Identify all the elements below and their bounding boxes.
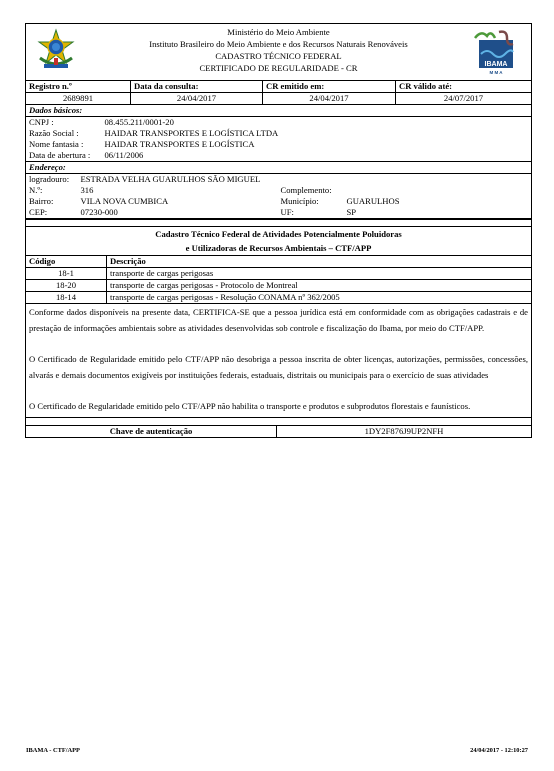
neighborhood-value: VILA NOVA CUMBICA <box>78 196 278 207</box>
registry-name: CADASTRO TÉCNICO FEDERAL <box>26 50 531 62</box>
table-row: 18-20 transporte de cargas perigosas - P… <box>26 280 532 292</box>
authentication-key-label: Chave de autenticação <box>26 425 277 437</box>
neighborhood-label: Bairro: <box>26 196 78 207</box>
activities-table: Cadastro Técnico Federal de Atividades P… <box>25 226 532 304</box>
activity-code: 18-14 <box>26 292 107 304</box>
activities-title-line1: Cadastro Técnico Federal de Atividades P… <box>26 227 532 242</box>
number-label: N.º: <box>26 185 78 196</box>
certificate-title: CERTIFICADO DE REGULARIDADE - CR <box>26 62 531 74</box>
ibama-logo-icon: IBAMA M M A <box>473 28 519 76</box>
field-row: Razão Social : HAIDAR TRANSPORTES E LOGÍ… <box>26 128 532 139</box>
svg-text:IBAMA: IBAMA <box>485 61 508 68</box>
municipality-label: Município: <box>278 196 344 207</box>
authentication-key-value: 1DY2F876J9UP2NFH <box>277 425 532 437</box>
valid-until-date: 24/07/2017 <box>396 93 532 105</box>
activity-description: transporte de cargas perigosas <box>107 268 532 280</box>
certification-paragraph: Conforme dados disponíveis na presente d… <box>25 304 532 336</box>
authentication-table: Chave de autenticação 1DY2F876J9UP2NFH <box>25 425 532 438</box>
issued-date: 24/04/2017 <box>263 93 396 105</box>
transport-disclaimer-paragraph: O Certificado de Regularidade emitido pe… <box>25 399 532 417</box>
footer-left: IBAMA - CTF/APP <box>26 747 80 754</box>
complement-value <box>344 185 532 196</box>
table-row: 18-1 transporte de cargas perigosas <box>26 268 532 280</box>
opening-date-value: 06/11/2006 <box>102 150 532 162</box>
description-column-header: Descrição <box>107 256 532 268</box>
activity-description: transporte de cargas perigosas - Resoluç… <box>107 292 532 304</box>
code-column-header: Código <box>26 256 107 268</box>
basic-data-title: Dados básicos: <box>26 105 532 117</box>
section-spacer <box>25 417 532 425</box>
ministry-name: Ministério do Meio Ambiente <box>26 26 531 38</box>
valid-until-label: CR válido até: <box>396 81 532 93</box>
query-date-label: Data da consulta: <box>131 81 263 93</box>
complement-label: Complemento: <box>278 185 344 196</box>
opening-date-label: Data de abertura : <box>26 150 102 162</box>
license-disclaimer-paragraph: O Certificado de Regularidade emitido pe… <box>25 352 532 383</box>
number-value: 316 <box>78 185 278 196</box>
trade-name-label: Nome fantasia : <box>26 139 102 150</box>
field-row: Data de abertura : 06/11/2006 <box>26 150 532 162</box>
basic-data-section: Dados básicos: CNPJ : 08.455.211/0001-20… <box>25 105 532 173</box>
certificate-header: Ministério do Meio Ambiente Instituto Br… <box>25 23 532 80</box>
summary-table: Registro n.º Data da consulta: CR emitid… <box>25 80 532 105</box>
institute-name: Instituto Brasileiro do Meio Ambiente e … <box>26 38 531 50</box>
certificate-page: Ministério do Meio Ambiente Instituto Br… <box>25 23 532 438</box>
cnpj-value: 08.455.211/0001-20 <box>102 117 532 129</box>
activity-code: 18-20 <box>26 280 107 292</box>
header-lines: Ministério do Meio Ambiente Instituto Br… <box>26 26 531 74</box>
section-spacer <box>25 219 532 226</box>
zip-label: CEP: <box>26 207 78 219</box>
trade-name-value: HAIDAR TRANSPORTES E LOGÍSTICA <box>102 139 532 150</box>
paragraph-gap <box>25 336 532 352</box>
street-label: logradouro: <box>26 174 78 186</box>
state-label: UF: <box>278 207 344 219</box>
field-row: Nome fantasia : HAIDAR TRANSPORTES E LOG… <box>26 139 532 150</box>
state-value: SP <box>344 207 532 219</box>
activities-title-line2: e Utilizadoras de Recursos Ambientais – … <box>26 241 532 256</box>
street-value: ESTRADA VELHA GUARULHOS SÃO MIGUEL <box>78 174 532 186</box>
cnpj-label: CNPJ : <box>26 117 102 129</box>
address-title: Endereço: <box>26 162 532 174</box>
issued-date-label: CR emitido em: <box>263 81 396 93</box>
activity-code: 18-1 <box>26 268 107 280</box>
municipality-value: GUARULHOS <box>344 196 532 207</box>
table-row: 18-14 transporte de cargas perigosas - R… <box>26 292 532 304</box>
paragraph-gap <box>25 383 532 399</box>
company-name-value: HAIDAR TRANSPORTES E LOGÍSTICA LTDA <box>102 128 532 139</box>
registration-number: 2689891 <box>26 93 131 105</box>
address-section: logradouro: ESTRADA VELHA GUARULHOS SÃO … <box>25 173 532 219</box>
svg-text:M M A: M M A <box>489 70 503 75</box>
zip-value: 07230-000 <box>78 207 278 219</box>
query-date: 24/04/2017 <box>131 93 263 105</box>
registration-number-label: Registro n.º <box>26 81 131 93</box>
footer-timestamp: 24/04/2017 - 12:10:27 <box>470 747 528 754</box>
activity-description: transporte de cargas perigosas - Protoco… <box>107 280 532 292</box>
company-name-label: Razão Social : <box>26 128 102 139</box>
field-row: CNPJ : 08.455.211/0001-20 <box>26 117 532 129</box>
